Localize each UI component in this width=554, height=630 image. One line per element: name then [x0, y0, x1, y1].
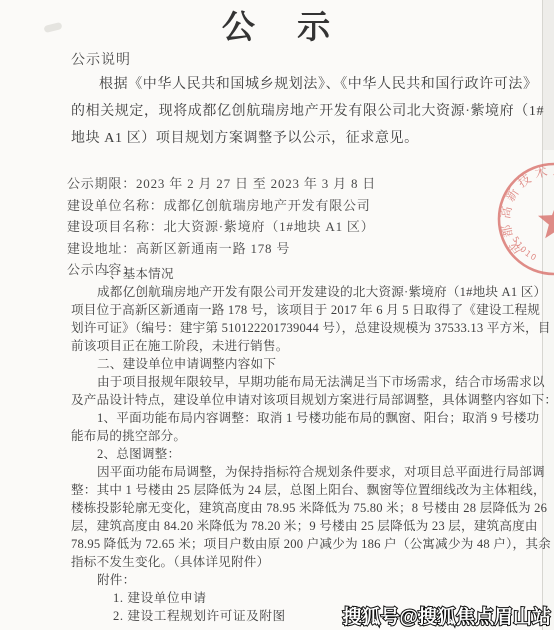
intro-line: 地块 A1 区）项目规划方案调整予以公示，征求意见。: [71, 125, 499, 152]
body-line: 1、平面功能布局内容调整：取消 1 号楼功能布局的飘窗、阳台；取消 9 号楼功: [71, 409, 501, 427]
notice-body: 一、基本情况 成都亿创航瑞房地产开发有限公司开发建设的北大资源·紫境府（1#地块…: [71, 265, 501, 625]
notice-heading: 公示说明: [71, 49, 131, 69]
body-line: 前该项目正在施工阶段，未进行销售。: [71, 337, 501, 355]
body-line: 一、基本情况: [71, 265, 501, 283]
body-line: 78.95 降低为 72.65 米；项目户数由原 200 户减少为 186 户（…: [71, 535, 501, 553]
page-edge-line: [542, 0, 543, 630]
seal-star-icon: [538, 202, 554, 238]
intro-line: 的相关规定，现将成都亿创航瑞房地产开发有限公司北大资源·紫境府（1#: [71, 98, 499, 125]
body-line-attachments-label: 附件：: [71, 571, 501, 589]
body-line: 及产品设计特点，建设单位申请对该项目规划方案进行局部调整，具体调整内容如下：: [71, 391, 501, 409]
body-line: 二、建设单位申请调整内容如下: [71, 355, 501, 373]
body-line: 项目位于高新区新通南一路 178 号，该项目于 2017 年 6 月 5 日取得…: [71, 301, 501, 319]
scanned-notice-page: 公 示 公示说明 根据《中华人民共和国城乡规划法》、《中华人民共和国行政许可法》…: [0, 0, 554, 630]
page-title: 公 示: [0, 1, 554, 48]
seal-number: 5101091: [454, 150, 539, 263]
body-line: 因平面功能布局调整，为保持指标符合规划条件要求，对项目总平面进行局部调: [71, 463, 501, 481]
body-line: 层，建筑高度由 84.20 米降低为 78.20 米；9 号楼由 25 层降低为…: [71, 517, 501, 535]
intro-line: 根据《中华人民共和国城乡规划法》、《中华人民共和国行政许可法》: [71, 71, 499, 98]
body-line: 能布局的挑空部分。: [71, 427, 501, 445]
body-line: 划许可证》（编号：建宇第 510122201739044 号），总建设规模为 3…: [71, 319, 501, 337]
body-line: 2、总图调整：: [71, 445, 501, 463]
body-line: 整：其中 1 号楼由 25 层降低为 24 层，总图上阳台、飘窗等位置细线改为主…: [71, 481, 501, 499]
info-line-period: 公示期限：2023 年 2 月 27 日 至 2023 年 3 月 8 日: [67, 173, 507, 195]
sohu-watermark: 搜狐号@搜狐焦点眉山站: [342, 602, 551, 629]
body-line: 成都亿创航瑞房地产开发有限公司开发建设的北大资源·紫境府（1#地块 A1 区）: [71, 283, 501, 301]
body-line: 由于项目报规年限较早，早期功能布局无法满足当下市场需求，结合市场需求以: [71, 373, 501, 391]
info-line-builder: 建设单位名称：成都亿创航瑞房地产开发有限公司: [67, 195, 507, 217]
notice-intro-paragraph: 根据《中华人民共和国城乡规划法》、《中华人民共和国行政许可法》 的相关规定，现将…: [71, 71, 499, 152]
seal-ring-text: 成都高新技术产业开发区: [497, 162, 554, 257]
official-seal: 成都高新技术产业开发区 5101091: [454, 150, 554, 290]
info-line-address: 建设地址：高新区新通南一路 178 号: [67, 238, 507, 260]
body-line: 指标不发生变化。（具体详见附件）: [71, 553, 501, 571]
body-line: 楼栋投影轮廓无变化，建筑高度由 78.95 米降低为 75.80 米；8 号楼由…: [71, 499, 501, 517]
info-line-project: 建设项目名称：北大资源·紫境府（1#地块 A1 区）: [67, 216, 507, 238]
